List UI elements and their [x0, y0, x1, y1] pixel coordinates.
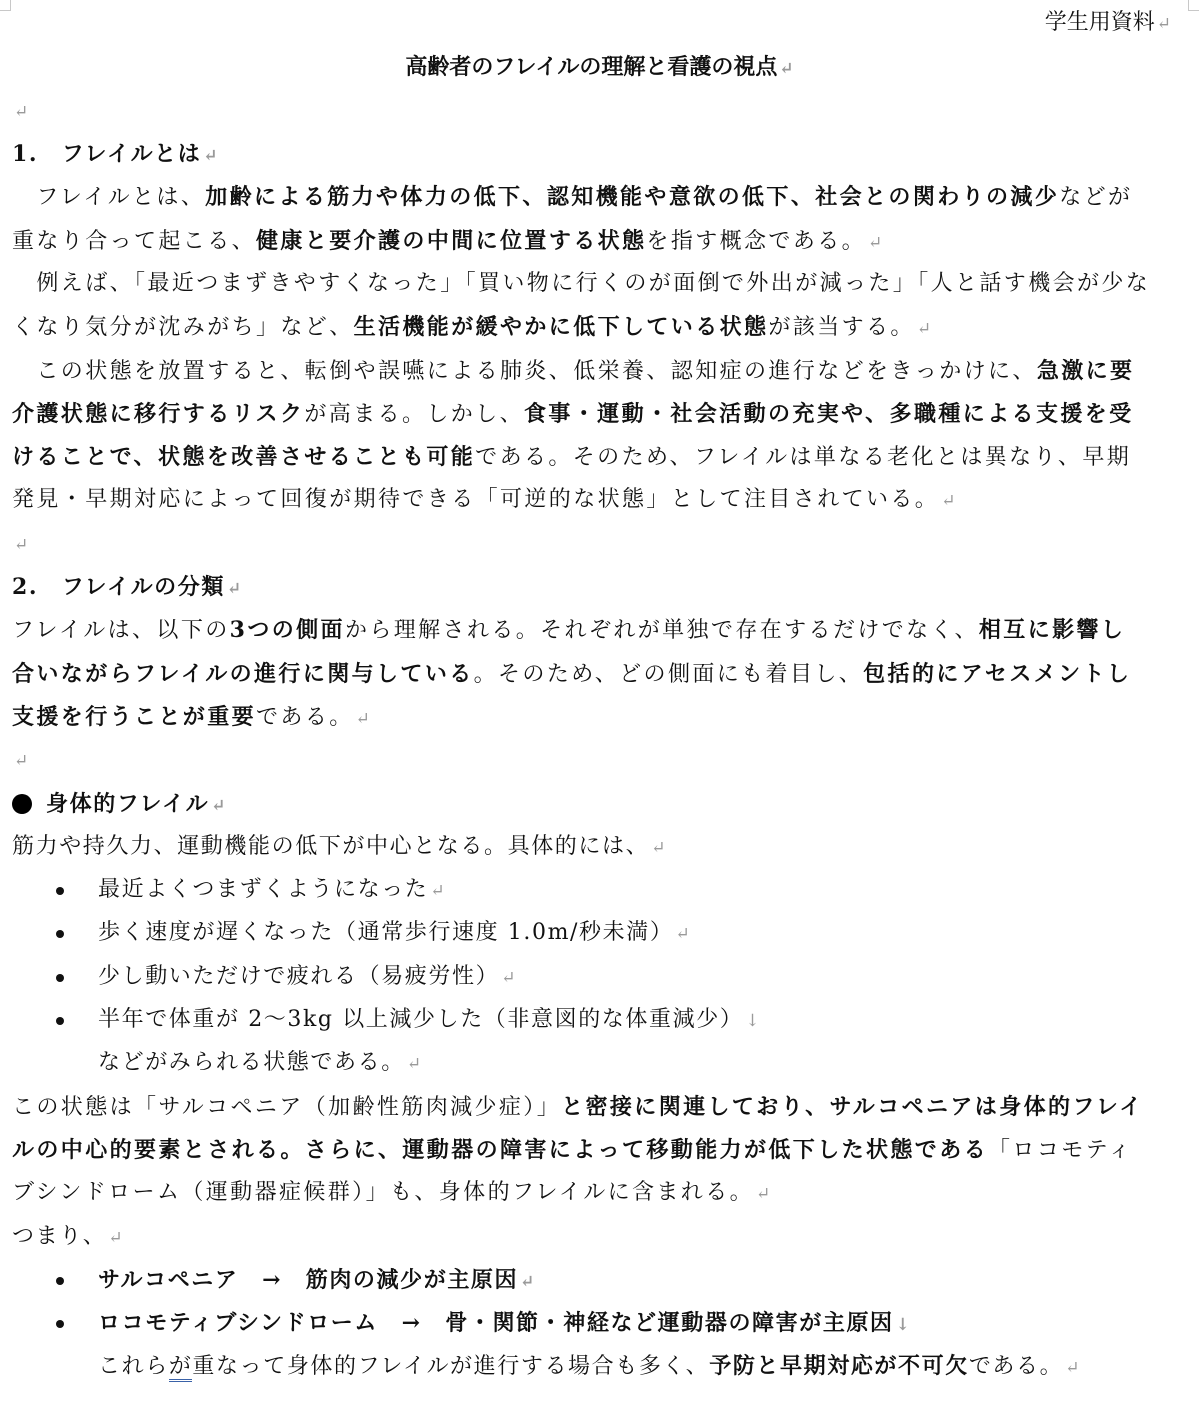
- paragraph-mark-icon: ↵: [651, 838, 665, 858]
- paragraph-mark-icon: ↵: [14, 102, 28, 122]
- paragraph-mark-icon: ↵: [917, 319, 931, 339]
- section-heading: 2. フレイルの分類↵: [12, 572, 1187, 602]
- body-text-line: この状態を放置すると、転倒や誤嚥による肺炎、低栄養、認知症の進行などをきっかけに…: [12, 356, 1187, 386]
- paragraph-mark-icon: ↵: [356, 709, 370, 729]
- body-text-line: フレイルとは、加齢による筋力や体力の低下、認知機能や意欲の低下、社会との関わりの…: [12, 182, 1187, 212]
- bold-text-run: 相互に影響し: [979, 617, 1125, 643]
- bold-text-run: 3つの側面: [230, 617, 345, 643]
- body-text-line: つまり、↵: [12, 1222, 1187, 1252]
- section-heading: 1. フレイルとは↵: [12, 139, 1187, 169]
- bold-text-run: 支援を行うことが重要: [12, 704, 256, 730]
- bullet-dot-icon: [56, 930, 64, 938]
- paragraph-mark-icon: ↵: [203, 146, 217, 166]
- text-run: これら: [98, 1354, 169, 1379]
- bullet-list-item: 歩く速度が遅くなった（通常歩行速度 1.0m/秒未満）↵: [0, 918, 1187, 948]
- body-text-line: 筋力や持久力、運動機能の低下が中心となる。具体的には、↵: [12, 832, 1187, 862]
- empty-paragraph: ↵: [12, 96, 1187, 126]
- bold-text-run: 急激に要: [1037, 358, 1135, 384]
- bullet-continuation: などがみられる状態である。↵: [0, 1048, 1187, 1078]
- paragraph-mark-icon: ↵: [501, 968, 515, 988]
- text-run: である。そのため、フレイルは単なる老化とは異なり、早期: [475, 445, 1131, 470]
- text-run: から理解される。それぞれが単独で存在するだけでなく、: [345, 618, 979, 643]
- closing-text: これらが重なって身体的フレイルが進行する場合も多く、予防と早期対応が不可欠である…: [98, 1351, 1079, 1383]
- text-run: 重なり合って起こる、: [12, 229, 256, 254]
- text-run: が高まる。しかし、: [304, 402, 524, 427]
- text-run: である。: [969, 1354, 1063, 1379]
- document-title: 高齢者のフレイルの理解と看護の視点↵: [0, 52, 1199, 84]
- bullet-text: 少し動いただけで疲れる（易疲労性）↵: [98, 962, 515, 993]
- text-run: 。そのため、どの側面にも着目し、: [474, 662, 864, 687]
- bullet-dot-icon: [56, 1320, 64, 1328]
- body-text-line: 合いながらフレイルの進行に関与している。そのため、どの側面にも着目し、包括的にア…: [12, 659, 1187, 689]
- body-text-line: 例えば、「最近つまずきやすくなった」「買い物に行くのが面倒で外出が減った」「人と…: [12, 269, 1187, 299]
- body-text-line: 重なり合って起こる、健康と要介護の中間に位置する状態を指す概念である。↵: [12, 226, 1187, 256]
- bold-text-run: と密接に関連しており、サルコペニアは身体的フレイ: [561, 1094, 1144, 1120]
- empty-paragraph: ↵: [12, 745, 1187, 775]
- paragraph-mark-icon: ↵: [1157, 14, 1171, 34]
- paragraph-mark-icon: ↵: [756, 1184, 770, 1204]
- text-run: 重なって身体的フレイルが進行する場合も多く、: [192, 1354, 709, 1379]
- paragraph-mark-icon: ↵: [675, 924, 689, 944]
- body-text-line: 発見・早期対応によって回復が期待できる「可逆的な状態」として注目されている。↵: [12, 485, 1187, 515]
- bullet-text: などがみられる状態である。↵: [98, 1048, 421, 1079]
- text-run: である。: [256, 705, 354, 730]
- bullet-list-item: 最近よくつまずくようになった↵: [0, 875, 1187, 905]
- paragraph-mark-icon: ↵: [14, 535, 28, 555]
- bold-text-run: 予防と早期対応が不可欠: [709, 1353, 969, 1379]
- paragraph-mark-icon: ↵: [1065, 1358, 1079, 1378]
- paragraph-mark-icon: ↵: [211, 796, 225, 816]
- bullet-list-item: サルコペニア → 筋肉の減少が主原因↵: [0, 1265, 1187, 1295]
- bold-text-run: 包括的にアセスメントし: [863, 661, 1131, 687]
- paragraph-mark-icon: ↵: [227, 579, 241, 599]
- bold-text-run: 食事・運動・社会活動の充実や、多職種による支援を受: [524, 401, 1134, 427]
- page-corner-mark: [1188, 0, 1199, 11]
- body-text-line: けることで、状態を改善させることも可能である。そのため、フレイルは単なる老化とは…: [12, 442, 1187, 472]
- text-run: フレイルとは、: [12, 185, 205, 210]
- bold-text-run: 介護状態に移行するリスク: [12, 401, 304, 427]
- paragraph-mark-icon: ↵: [868, 233, 882, 253]
- text-run: などが: [1059, 185, 1132, 210]
- paragraph-mark-icon: ↵: [108, 1228, 122, 1248]
- text-run: を指す概念である。: [646, 229, 866, 254]
- bold-text-run: 合いながらフレイルの進行に関与している: [12, 661, 474, 687]
- bullet-list-item: 少し動いただけで疲れる（易疲労性）↵: [0, 962, 1187, 992]
- line-break-mark-icon: ↓: [896, 1315, 910, 1335]
- text-run: フレイルは、以下の: [12, 618, 230, 643]
- bullet-circle-icon: [12, 794, 32, 814]
- bold-text-run: 生活機能が緩やかに低下している状態: [354, 314, 769, 340]
- header-label: 学生用資料↵: [1045, 8, 1171, 39]
- bullet-list-item: ロコモティブシンドローム → 骨・関節・神経など運動器の障害が主原因↓: [0, 1308, 1187, 1338]
- line-break-mark-icon: ↓: [745, 1011, 759, 1031]
- paragraph-mark-icon: ↵: [407, 1054, 421, 1074]
- page-corner-mark: [0, 0, 11, 11]
- text-run: 発見・早期対応によって回復が期待できる「可逆的な状態」として注目されている。: [12, 487, 939, 512]
- body-text-line: 支援を行うことが重要である。↵: [12, 702, 1187, 732]
- grammar-underline-text: が: [169, 1354, 193, 1382]
- paragraph-mark-icon: ↵: [941, 491, 955, 511]
- paragraph-mark-icon: ↵: [779, 59, 793, 79]
- text-run: ブシンドローム（運動器症候群）」も、身体的フレイルに含まれる。: [12, 1180, 754, 1205]
- bullet-text: サルコペニア → 筋肉の減少が主原因↵: [98, 1265, 534, 1297]
- bold-text-run: ルの中心的要素とされる。さらに、運動器の障害によって移動能力が低下した状態である: [12, 1137, 988, 1163]
- bullet-text: 半年で体重が 2〜3kg 以上減少した（非意図的な体重減少）↓: [98, 1005, 760, 1036]
- bullet-text: 歩く速度が遅くなった（通常歩行速度 1.0m/秒未満）↵: [98, 918, 690, 949]
- text-run: この状態は「サルコペニア（加齢性筋肉減少症）」: [12, 1095, 561, 1120]
- paragraph-mark-icon: ↵: [14, 751, 28, 771]
- bold-text-run: 加齢による筋力や体力の低下、認知機能や意欲の低下、社会との関わりの減少: [205, 184, 1059, 210]
- body-text-line: くなり気分が沈みがち」など、生活機能が緩やかに低下している状態が該当する。↵: [12, 312, 1187, 342]
- bold-text-run: けることで、状態を改善させることも可能: [12, 444, 475, 470]
- text-run: 「ロコモティ: [988, 1138, 1133, 1163]
- document-page: 学生用資料↵ 高齢者のフレイルの理解と看護の視点↵ ↵ 1. フレイルとは↵ フ…: [0, 0, 1199, 1405]
- bullet-continuation: これらが重なって身体的フレイルが進行する場合も多く、予防と早期対応が不可欠である…: [0, 1351, 1187, 1381]
- bullet-text: 最近よくつまずくようになった↵: [98, 875, 445, 906]
- body-text-line: この状態は「サルコペニア（加齢性筋肉減少症）」と密接に関連しており、サルコペニア…: [12, 1092, 1187, 1122]
- paragraph-mark-icon: ↵: [430, 881, 444, 901]
- text-run: くなり気分が沈みがち」など、: [12, 315, 354, 340]
- body-text-line: フレイルは、以下の3つの側面から理解される。それぞれが単独で存在するだけでなく、…: [12, 615, 1187, 645]
- bullet-dot-icon: [56, 974, 64, 982]
- subsection-heading: 身体的フレイル↵: [12, 789, 1187, 819]
- empty-paragraph: ↵: [12, 529, 1187, 559]
- bullet-dot-icon: [56, 1277, 64, 1285]
- bullet-text: ロコモティブシンドローム → 骨・関節・神経など運動器の障害が主原因↓: [98, 1308, 910, 1340]
- bold-text-run: 健康と要介護の中間に位置する状態: [256, 228, 646, 254]
- body-text-line: ルの中心的要素とされる。さらに、運動器の障害によって移動能力が低下した状態である…: [12, 1135, 1187, 1165]
- body-text-line: 介護状態に移行するリスクが高まる。しかし、食事・運動・社会活動の充実や、多職種に…: [12, 399, 1187, 429]
- paragraph-mark-icon: ↵: [520, 1272, 534, 1292]
- bullet-dot-icon: [56, 887, 64, 895]
- bullet-dot-icon: [56, 1017, 64, 1025]
- bullet-list-item: 半年で体重が 2〜3kg 以上減少した（非意図的な体重減少）↓: [0, 1005, 1187, 1035]
- text-run: 例えば、「最近つまずきやすくなった」「買い物に行くのが面倒で外出が減った」「人と…: [12, 271, 1150, 296]
- text-run: が該当する。: [768, 315, 914, 340]
- body-text-line: ブシンドローム（運動器症候群）」も、身体的フレイルに含まれる。↵: [12, 1178, 1187, 1208]
- text-run: この状態を放置すると、転倒や誤嚥による肺炎、低栄養、認知症の進行などをきっかけに…: [12, 359, 1037, 384]
